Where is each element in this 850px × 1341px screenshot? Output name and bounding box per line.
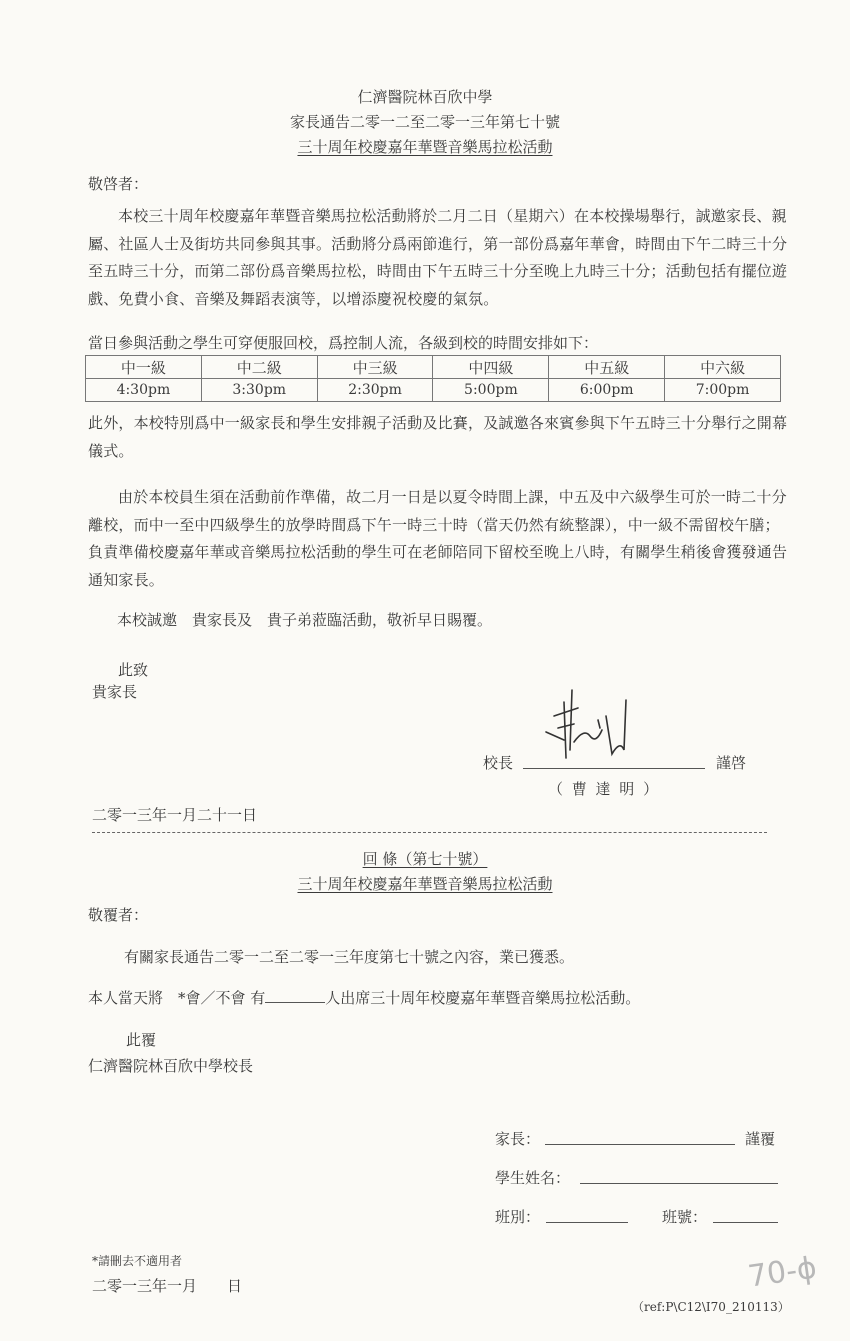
notice-title: 三十周年校慶嘉年華暨音樂馬拉松活動 (297, 138, 552, 156)
class-field[interactable] (546, 1222, 628, 1223)
table-cell: 2:30pm (317, 379, 433, 402)
table-cell: 5:00pm (433, 379, 549, 402)
school-name: 仁濟醫院林百欣中學 (0, 86, 850, 107)
principal-signature-icon (540, 680, 640, 770)
tear-off-divider (92, 832, 767, 833)
table-header-row: 中一級 中二級 中三級 中四級 中五級 中六級 (86, 356, 781, 379)
closing-line-1: 此致 (118, 659, 148, 680)
notice-number: 家長通告二零一二至二零一三年第七十號 (0, 111, 850, 132)
class-number-field[interactable] (713, 1222, 778, 1223)
student-name-label: 學生姓名： (495, 1167, 570, 1188)
notice-date: 二零一三年一月二十一日 (92, 804, 257, 825)
signature-line (523, 768, 705, 769)
closing-line-2: 貴家長 (92, 681, 137, 702)
reply-closing-2: 仁濟醫院林百欣中學校長 (88, 1055, 253, 1076)
paragraph-opening-ceremony: 此外，本校特別爲中一級家長和學生安排親子活動及比賽，及誠邀各來賓參與下午五時三十… (88, 410, 788, 465)
table-cell: 4:30pm (86, 379, 202, 402)
table-cell: 6:00pm (549, 379, 665, 402)
reply-salutation: 敬覆者： (88, 904, 148, 925)
table-cell: 3:30pm (201, 379, 317, 402)
table-header-cell: 中二級 (201, 356, 317, 379)
reply-slip-subtitle: 三十周年校慶嘉年華暨音樂馬拉松活動 (297, 875, 552, 893)
class-number-label: 班號： (662, 1206, 707, 1227)
footnote: *請刪去不適用者 (92, 1252, 182, 1269)
table-header-cell: 中五級 (549, 356, 665, 379)
arrival-schedule-table: 中一級 中二級 中三級 中四級 中五級 中六級 4:30pm 3:30pm 2:… (85, 355, 781, 402)
parent-signature-field[interactable] (545, 1144, 735, 1145)
table-header-cell: 中六級 (665, 356, 781, 379)
principal-label: 校長 (483, 752, 513, 773)
attendance-suffix: 人出席三十周年校慶嘉年華暨音樂馬拉松活動。 (325, 989, 640, 1007)
parent-suffix: 謹覆 (745, 1128, 775, 1149)
schedule-intro: 當日參與活動之學生可穿便服回校，爲控制人流，各級到校的時間安排如下： (88, 332, 598, 353)
reply-closing-1: 此覆 (126, 1029, 156, 1050)
salutation: 敬啓者： (88, 173, 148, 194)
table-header-cell: 中一級 (86, 356, 202, 379)
attendance-prefix: 本人當天將 *會／不會 有 (88, 989, 265, 1007)
student-name-field[interactable] (580, 1183, 778, 1184)
invitation: 本校誠邀 貴家長及 貴子弟蒞臨活動，敬祈早日賜覆。 (117, 609, 492, 630)
table-header-cell: 中三級 (317, 356, 433, 379)
attendance-line: 本人當天將 *會／不會 有人出席三十周年校慶嘉年華暨音樂馬拉松活動。 (88, 987, 640, 1008)
reply-acknowledgement: 有關家長通告二零一二至二零一三年度第七十號之內容，業已獲悉。 (124, 946, 574, 967)
reply-date: 二零一三年一月 日 (92, 1275, 242, 1296)
attendee-count-field[interactable] (265, 988, 325, 1003)
table-cell: 7:00pm (665, 379, 781, 402)
table-row: 4:30pm 3:30pm 2:30pm 5:00pm 6:00pm 7:00p… (86, 379, 781, 402)
principal-name: （ 曹 達 明 ） (548, 778, 660, 799)
table-header-cell: 中四級 (433, 356, 549, 379)
signature-suffix: 謹啓 (716, 752, 746, 773)
parent-label: 家長： (495, 1128, 540, 1149)
paragraph-school-arrangements: 由於本校員生須在活動前作準備，故二月一日是以夏令時間上課，中五及中六級學生可於一… (88, 484, 788, 594)
reply-slip-title: 回 條（第七十號） (363, 850, 488, 868)
reference-code: （ref:P\C12\I70_210113） (632, 1298, 790, 1315)
handwritten-note: 70-ϕ (746, 1250, 819, 1294)
class-label: 班別： (495, 1206, 540, 1227)
paragraph-event-intro: 本校三十周年校慶嘉年華暨音樂馬拉松活動將於二月二日（星期六）在本校操場舉行，誠邀… (88, 203, 788, 313)
